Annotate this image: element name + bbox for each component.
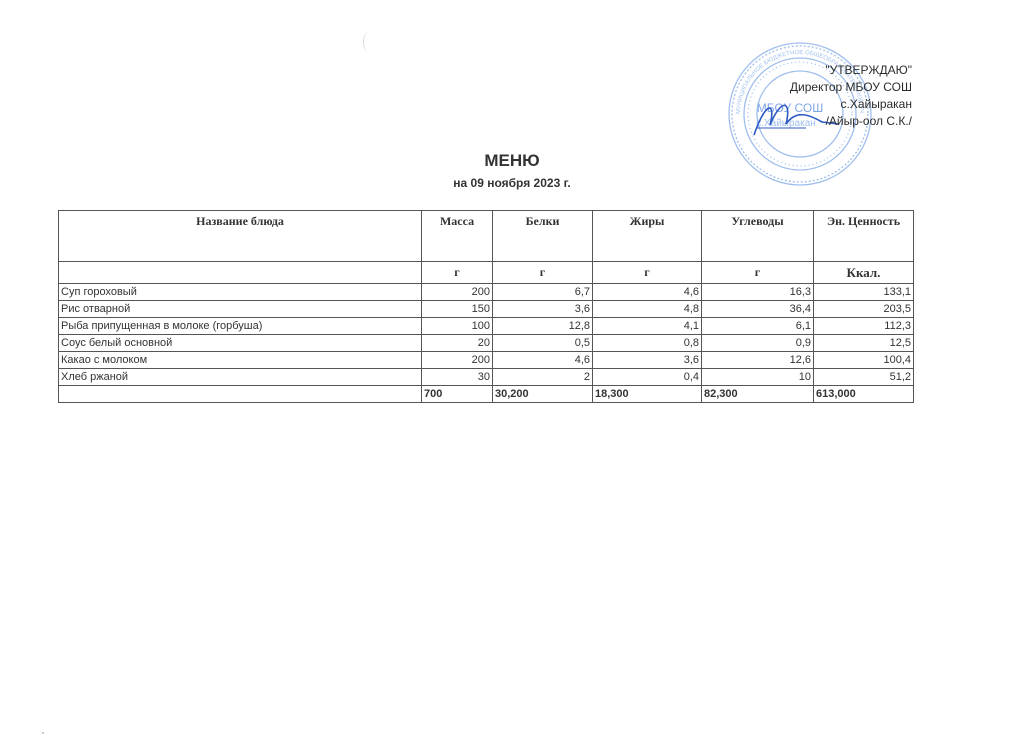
approval-location: с.Хайыракан [790,96,912,113]
unit-mass: г [422,262,493,284]
table-row: Суп гороховый2006,74,616,3133,1 [59,284,914,301]
dish-carbs: 36,4 [702,301,814,318]
table-row: Рис отварной1503,64,836,4203,5 [59,301,914,318]
dish-fat: 0,8 [593,335,702,352]
dish-mass: 200 [422,284,493,301]
dish-energy: 12,5 [814,335,914,352]
col-header-mass: Масса [422,211,493,262]
dish-energy: 112,3 [814,318,914,335]
dish-protein: 2 [493,369,593,386]
dish-energy: 51,2 [814,369,914,386]
dish-fat: 4,6 [593,284,702,301]
dish-fat: 3,6 [593,352,702,369]
total-label [59,386,422,403]
col-header-dish: Название блюда [59,211,422,262]
dish-carbs: 12,6 [702,352,814,369]
dish-name: Рыба припущенная в молоке (горбуша) [59,318,422,335]
table-row: Хлеб ржаной3020,41051,2 [59,369,914,386]
total-protein: 30,200 [493,386,593,403]
dish-mass: 20 [422,335,493,352]
dish-fat: 4,1 [593,318,702,335]
dish-fat: 4,8 [593,301,702,318]
total-fat: 18,300 [593,386,702,403]
unit-dish [59,262,422,284]
dish-protein: 3,6 [493,301,593,318]
table-row: Рыба припущенная в молоке (горбуша)10012… [59,318,914,335]
col-header-fat: Жиры [593,211,702,262]
dish-name: Соус белый основной [59,335,422,352]
dish-carbs: 10 [702,369,814,386]
approval-position: Директор МБОУ СОШ [790,79,912,96]
unit-protein: г [493,262,593,284]
dish-mass: 30 [422,369,493,386]
dish-name: Хлеб ржаной [59,369,422,386]
menu-table: Название блюда Масса Белки Жиры Углеводы… [58,210,914,403]
dish-protein: 6,7 [493,284,593,301]
col-header-energy: Эн. Ценность [814,211,914,262]
total-mass: 700 [422,386,493,403]
table-row: Соус белый основной200,50,80,912,5 [59,335,914,352]
dish-energy: 133,1 [814,284,914,301]
dish-protein: 0,5 [493,335,593,352]
unit-fat: г [593,262,702,284]
approval-heading: "УТВЕРЖДАЮ" [790,62,912,79]
total-row: 700 30,200 18,300 82,300 613,000 [59,386,914,403]
unit-carbs: г [702,262,814,284]
scan-artifact [42,732,44,734]
dish-mass: 150 [422,301,493,318]
approval-block: "УТВЕРЖДАЮ" Директор МБОУ СОШ с.Хайырака… [790,62,912,130]
dish-energy: 203,5 [814,301,914,318]
dish-protein: 4,6 [493,352,593,369]
col-header-carbs: Углеводы [702,211,814,262]
dish-carbs: 0,9 [702,335,814,352]
dish-energy: 100,4 [814,352,914,369]
dish-name: Суп гороховый [59,284,422,301]
dish-fat: 0,4 [593,369,702,386]
dish-protein: 12,8 [493,318,593,335]
col-header-protein: Белки [493,211,593,262]
header-row: Название блюда Масса Белки Жиры Углеводы… [59,211,914,262]
dish-mass: 200 [422,352,493,369]
dish-carbs: 16,3 [702,284,814,301]
dish-mass: 100 [422,318,493,335]
approval-signatory: /Айыр-оол С.К./ [790,113,912,130]
total-energy: 613,000 [814,386,914,403]
dish-name: Рис отварной [59,301,422,318]
dish-carbs: 6,1 [702,318,814,335]
total-carbs: 82,300 [702,386,814,403]
unit-energy: Ккал. [814,262,914,284]
units-row: г г г г Ккал. [59,262,914,284]
dish-name: Какао с молоком [59,352,422,369]
scan-artifact [363,32,374,52]
table-row: Какао с молоком2004,63,612,6100,4 [59,352,914,369]
